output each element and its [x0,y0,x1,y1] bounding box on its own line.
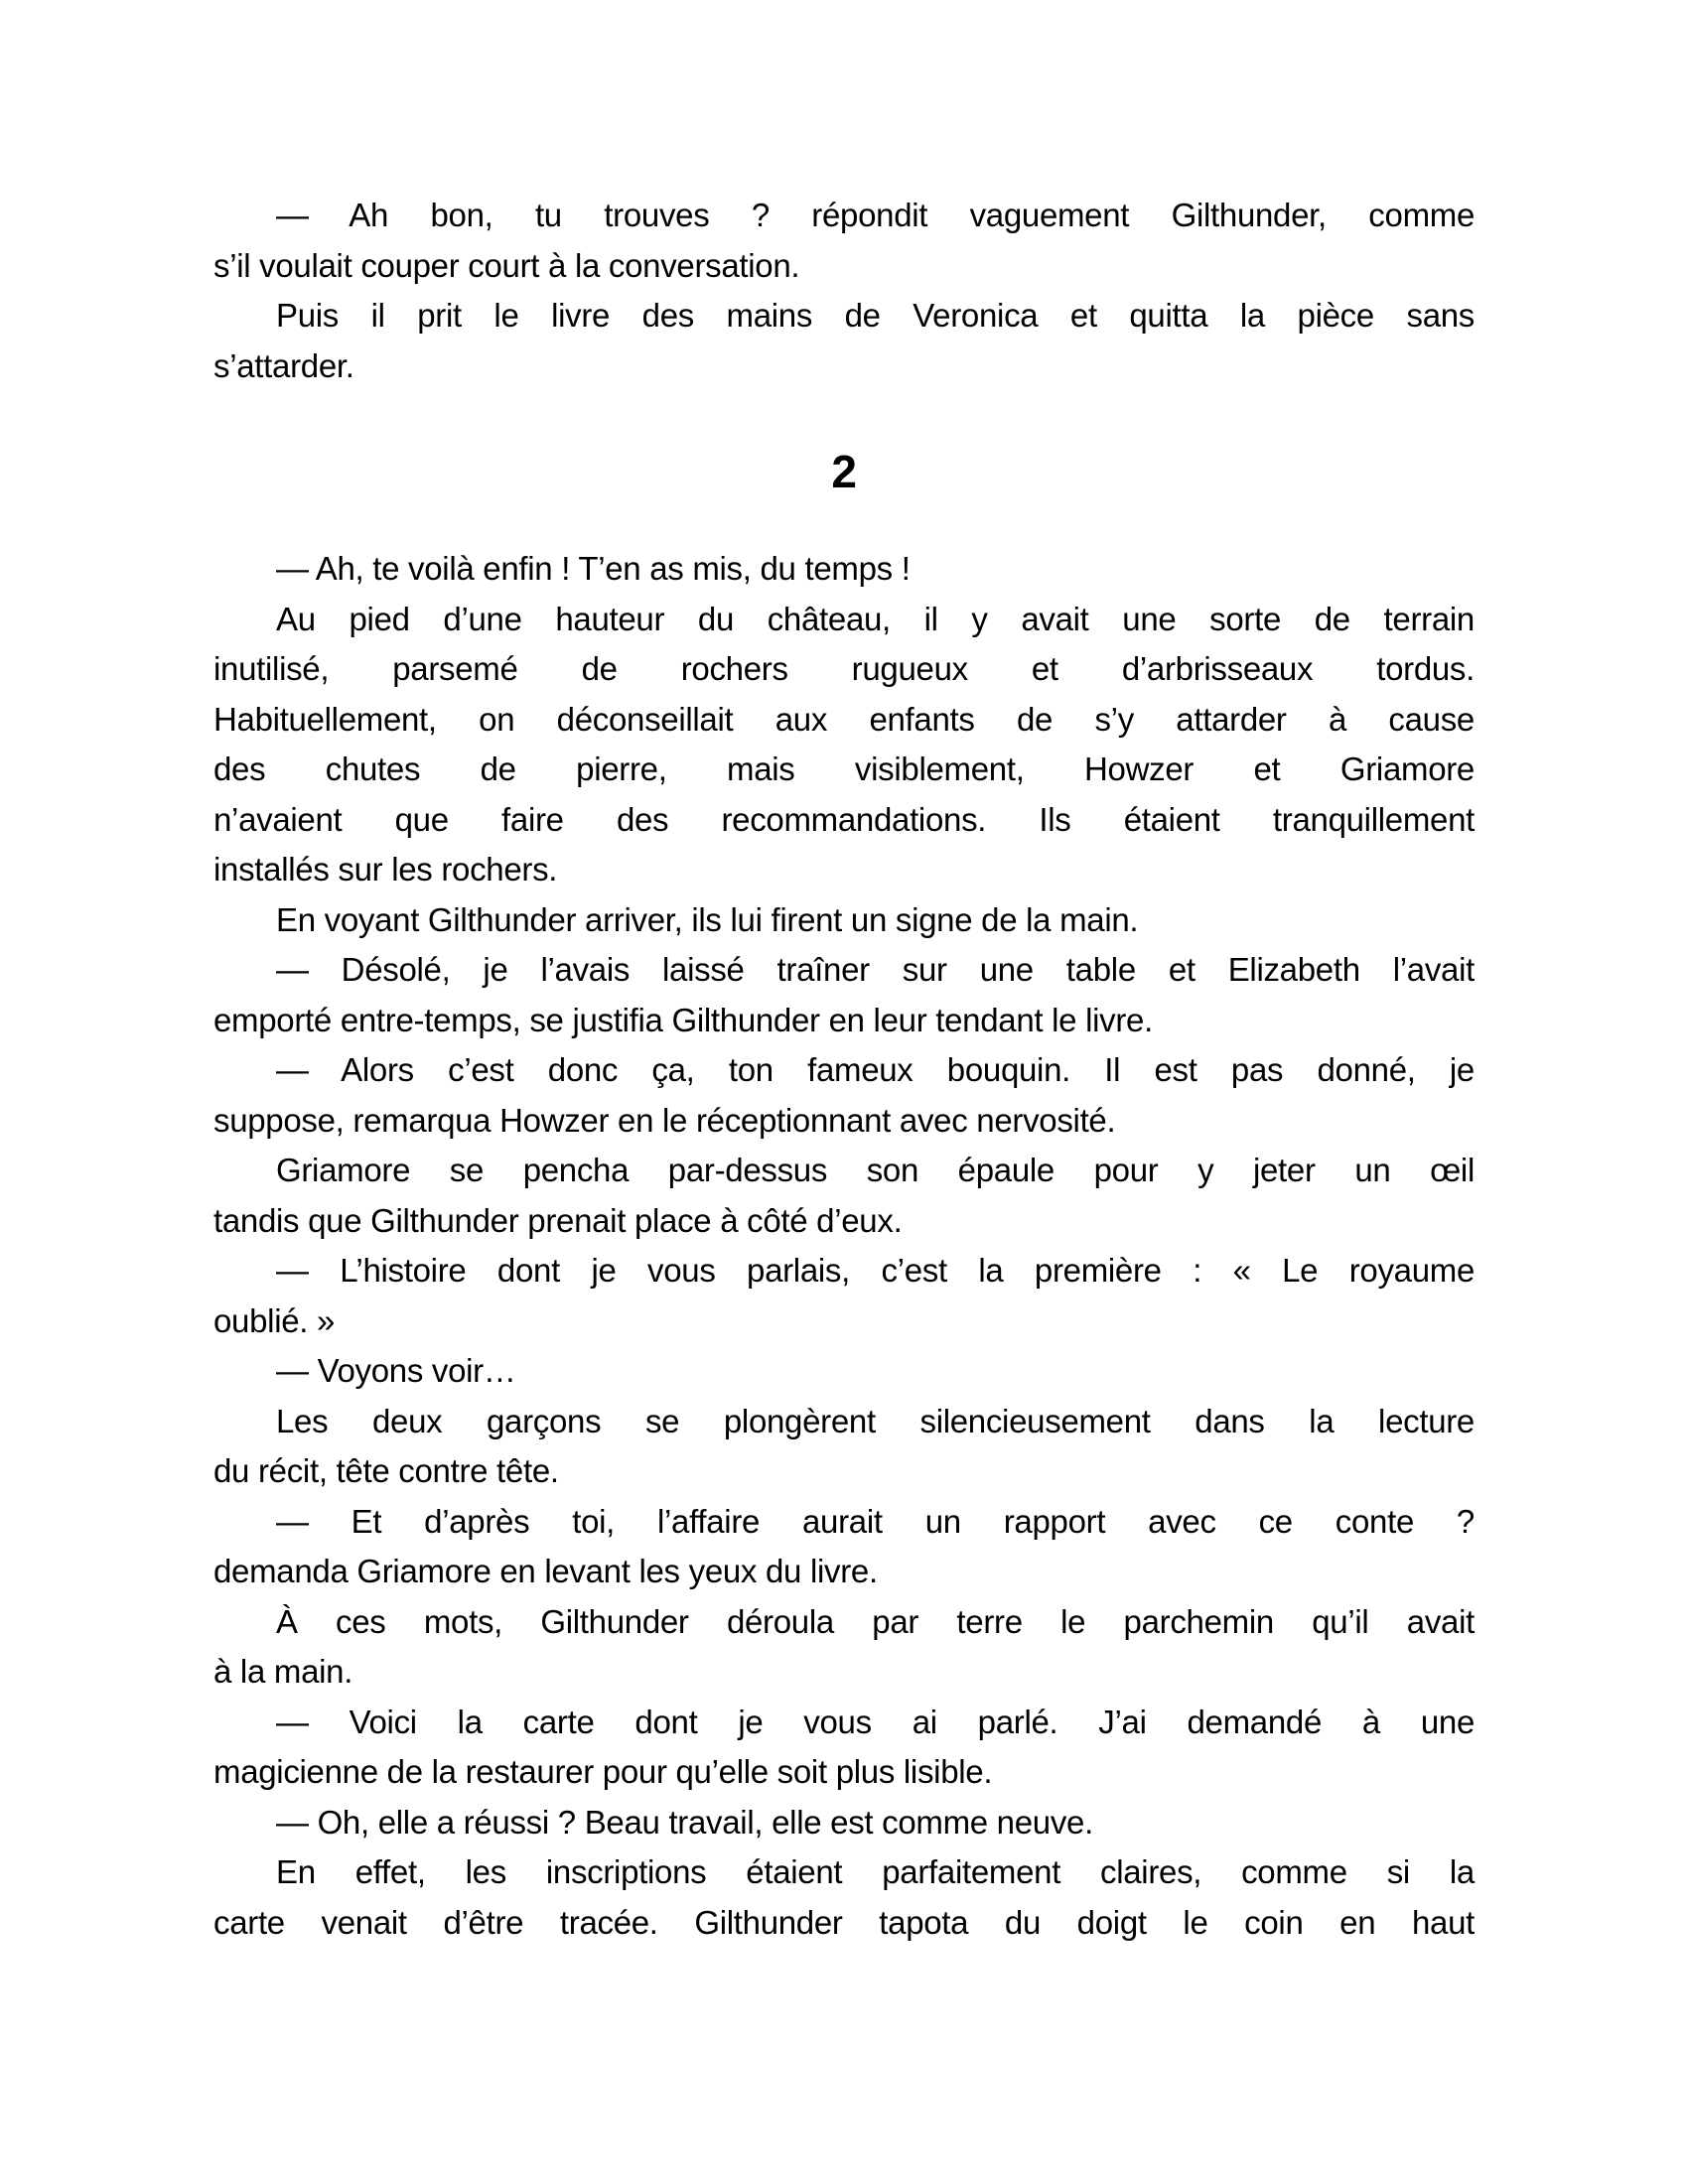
text-line: À ces mots, Gilthunder déroula par terre… [213,1597,1475,1648]
text-line: demanda Griamore en levant les yeux du l… [213,1547,1475,1597]
text-line: s’attarder. [213,341,1475,392]
text-line: — Voici la carte dont je vous ai parlé. … [213,1698,1475,1748]
text-line: Au pied d’une hauteur du château, il y a… [213,595,1475,645]
text-line: installés sur les rochers. [213,845,1475,895]
text-line: Puis il prit le livre des mains de Veron… [213,291,1475,341]
paragraph: — Voyons voir… [213,1346,1475,1397]
text-line: En voyant Gilthunder arriver, ils lui fi… [213,895,1475,946]
text-line: — Oh, elle a réussi ? Beau travail, elle… [213,1798,1475,1848]
paragraph: En voyant Gilthunder arriver, ils lui fi… [213,895,1475,946]
text-line: tandis que Gilthunder prenait place à cô… [213,1196,1475,1247]
text-line: En effet, les inscriptions étaient parfa… [213,1847,1475,1898]
paragraph: — Ah, te voilà enfin ! T’en as mis, du t… [213,544,1475,595]
text-line: carte venait d’être tracée. Gilthunder t… [213,1898,1475,1949]
paragraph: — Alors c’est donc ça, ton fameux bouqui… [213,1045,1475,1146]
text-line: emporté entre-temps, se justifia Gilthun… [213,996,1475,1046]
text-line: inutilisé, parsemé de rochers rugueux et… [213,644,1475,695]
text-line: du récit, tête contre tête. [213,1446,1475,1497]
text-line: oublié. » [213,1297,1475,1347]
text-line: — Voyons voir… [213,1346,1475,1397]
paragraph: En effet, les inscriptions étaient parfa… [213,1847,1475,1948]
book-page: — Ah bon, tu trouves ? répondit vaguemen… [0,0,1688,2184]
text-line: des chutes de pierre, mais visiblement, … [213,745,1475,795]
paragraph: — Et d’après toi, l’affaire aurait un ra… [213,1497,1475,1597]
text-line: Les deux garçons se plongèrent silencieu… [213,1397,1475,1447]
paragraph: — Désolé, je l’avais laissé traîner sur … [213,945,1475,1045]
paragraph: Puis il prit le livre des mains de Veron… [213,291,1475,391]
text-line: — Ah bon, tu trouves ? répondit vaguemen… [213,191,1475,241]
text-line: n’avaient que faire des recommandations.… [213,795,1475,846]
text-line: Habituellement, on déconseillait aux enf… [213,695,1475,746]
text-line: — Ah, te voilà enfin ! T’en as mis, du t… [213,544,1475,595]
chapter-number: 2 [213,441,1475,502]
text-line: magicienne de la restaurer pour qu’elle … [213,1747,1475,1798]
text-line: suppose, remarqua Howzer en le réception… [213,1096,1475,1147]
paragraph: — Oh, elle a réussi ? Beau travail, elle… [213,1798,1475,1848]
text-line: à la main. [213,1647,1475,1698]
paragraph: À ces mots, Gilthunder déroula par terre… [213,1597,1475,1698]
paragraph: Au pied d’une hauteur du château, il y a… [213,595,1475,895]
paragraph: Les deux garçons se plongèrent silencieu… [213,1397,1475,1497]
paragraph: Griamore se pencha par-dessus son épaule… [213,1146,1475,1246]
paragraph: — L’histoire dont je vous parlais, c’est… [213,1246,1475,1346]
paragraph: — Ah bon, tu trouves ? répondit vaguemen… [213,191,1475,291]
text-line: — Et d’après toi, l’affaire aurait un ra… [213,1497,1475,1548]
text-line: Griamore se pencha par-dessus son épaule… [213,1146,1475,1196]
text-line: — Désolé, je l’avais laissé traîner sur … [213,945,1475,996]
text-line: — L’histoire dont je vous parlais, c’est… [213,1246,1475,1297]
page-text: — Ah bon, tu trouves ? répondit vaguemen… [213,191,1475,1948]
text-line: s’il voulait couper court à la conversat… [213,241,1475,292]
paragraph: — Voici la carte dont je vous ai parlé. … [213,1698,1475,1798]
text-line: — Alors c’est donc ça, ton fameux bouqui… [213,1045,1475,1096]
